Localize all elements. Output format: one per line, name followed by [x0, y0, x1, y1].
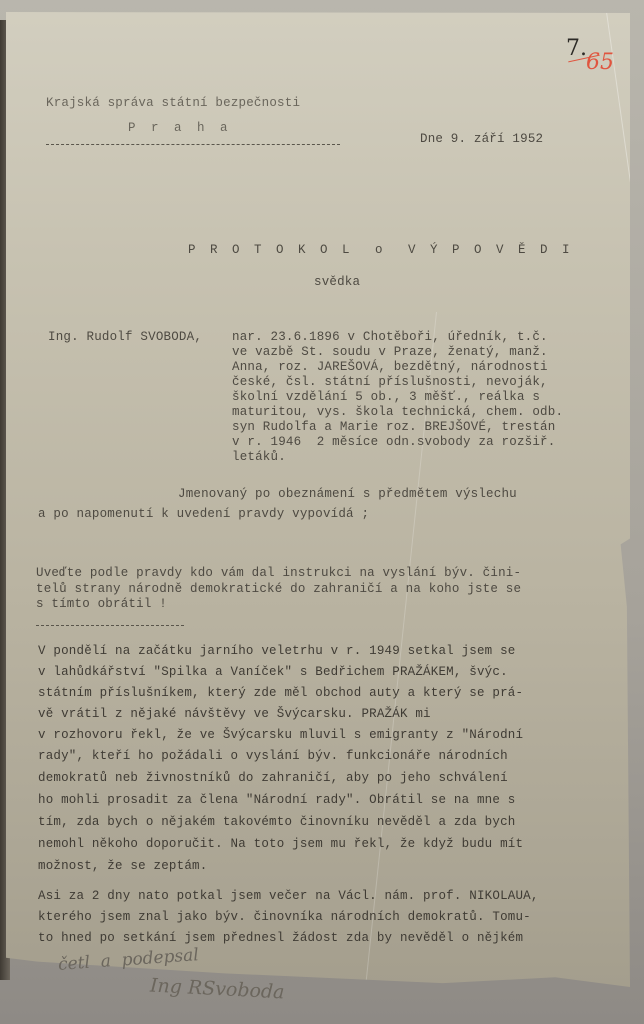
- question-line: telů strany národně demokratické do zahr…: [36, 583, 521, 596]
- paper-crease: [606, 12, 644, 567]
- document-date: Dne 9. září 1952: [420, 133, 543, 146]
- answer-line: to hned po setkání jsem přednesl žádost …: [38, 932, 523, 945]
- answer-line: demokratů neb živnostníků do zahraničí, …: [38, 772, 508, 785]
- preamble-line: a po napomenutí k uvedení pravdy vypovíd…: [38, 508, 369, 521]
- office-name: Krajská správa státní bezpečnosti: [46, 97, 300, 110]
- answer-line: ho mohli prosadit za člena "Národní rady…: [38, 794, 515, 807]
- question-underline: [36, 625, 184, 626]
- city-name: P r a h a: [128, 122, 232, 135]
- detail-line: syn Rudolfa a Marie roz. BREJŠOVÉ, trest…: [232, 421, 555, 434]
- document-subtitle: svědka: [314, 276, 360, 289]
- answer-line: státním příslušníkem, který zde měl obch…: [38, 687, 523, 700]
- answer-line: vě vrátil z nějaké návštěvy ve Švýcarsku…: [38, 708, 431, 721]
- question-line: s tímto obrátil !: [36, 598, 167, 611]
- answer-line: tím, zda bych o nějakém takovémto činovn…: [38, 816, 515, 829]
- detail-line: maturitou, vys. škola technická, chem. o…: [232, 406, 563, 419]
- detail-line: letáků.: [232, 451, 286, 464]
- page-number-red: 65: [586, 50, 614, 75]
- answer-line: kterého jsem znal jako býv. činovníka ná…: [38, 911, 531, 924]
- detail-line: ve vazbě St. soudu v Praze, ženatý, manž…: [232, 346, 548, 359]
- document-title: P R O T O K O L o V Ý P O V Ě D I: [188, 244, 573, 257]
- header-underline: [46, 144, 340, 145]
- preamble-line: Jmenovaný po obeznámení s předmětem výsl…: [178, 488, 517, 501]
- answer-line: v lahůdkářství "Spilka a Vaníček" s Bedř…: [38, 666, 508, 679]
- answer-line: Asi za 2 dny nato potkal jsem večer na V…: [38, 890, 539, 903]
- detail-line: Anna, roz. JAREŠOVÁ, bezdětný, národnost…: [232, 361, 548, 374]
- question-line: Uveďte podle pravdy kdo vám dal instrukc…: [36, 567, 521, 580]
- detail-line: nar. 23.6.1896 v Chotěboři, úředník, t.č…: [232, 331, 548, 344]
- answer-line: rady", kteří ho požádali o vyslání býv. …: [38, 750, 508, 763]
- detail-line: školní vzdělání 5 ob., 3 měšť., reálka s: [232, 391, 540, 404]
- detail-line: v r. 1946 2 měsíce odn.svobody za rozšiř…: [232, 436, 555, 449]
- answer-line: možnost, že se zeptám.: [38, 860, 207, 873]
- answer-line: v rozhovoru řekl, že ve Švýcarsku mluvil…: [38, 729, 523, 742]
- answer-line: nemohl někoho doporučit. Na toto jsem mu…: [38, 838, 523, 851]
- signature: Ing RSvoboda: [150, 974, 285, 1003]
- detail-line: české, čsl. státní příslušnosti, nevoják…: [232, 376, 548, 389]
- answer-line: V pondělí na začátku jarního veletrhu v …: [38, 645, 515, 658]
- witness-name: Ing. Rudolf SVOBODA,: [48, 331, 202, 344]
